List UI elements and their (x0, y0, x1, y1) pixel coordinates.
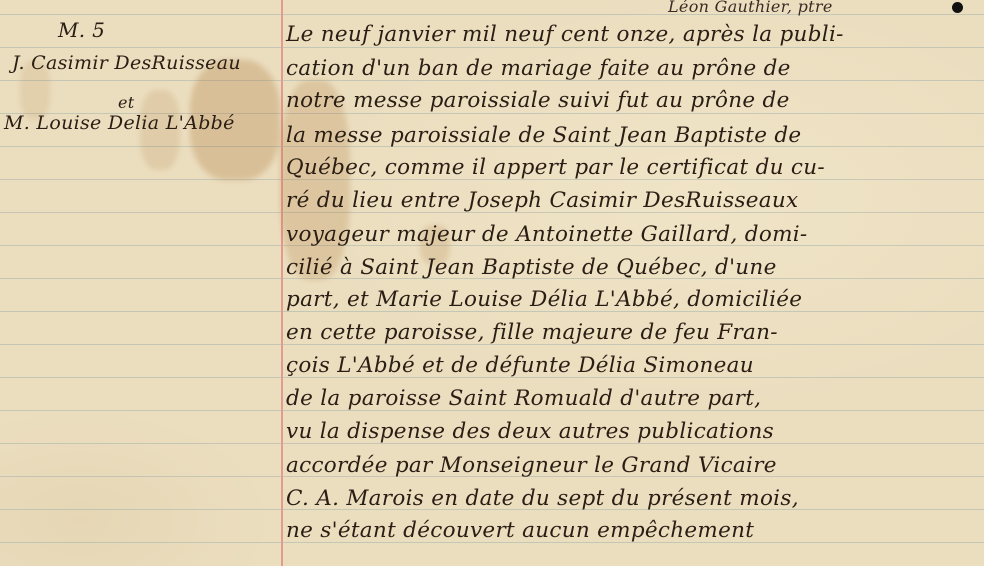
body-line: cilié à Saint Jean Baptiste de Québec, d… (286, 255, 777, 280)
body-line: voyageur majeur de Antoinette Gaillard, … (286, 222, 808, 247)
body-line: Le neuf janvier mil neuf cent onze, aprè… (286, 22, 844, 47)
body-line: ré du lieu entre Joseph Casimir DesRuiss… (286, 188, 799, 213)
entry-number: M. 5 (58, 18, 105, 42)
body-line: de la paroisse Saint Romuald d'autre par… (286, 386, 761, 411)
body-line: la messe paroissiale de Saint Jean Bapti… (286, 123, 801, 148)
body-line: ne s'étant découvert aucun empêchement (286, 518, 754, 543)
body-line: çois L'Abbé et de défunte Délia Simoneau (286, 353, 754, 378)
ink-dot (952, 2, 963, 13)
ruled-line (0, 14, 984, 15)
register-page: Léon Gauthier, ptre M. 5 J. Casimir DesR… (0, 0, 984, 566)
body-line: Québec, comme il appert par le certifica… (286, 155, 825, 180)
ruled-line (0, 47, 984, 48)
body-line: vu la dispense des deux autres publicati… (286, 419, 774, 444)
margin-conjunction: et (118, 93, 135, 112)
body-line: en cette paroisse, fille majeure de feu … (286, 320, 778, 345)
margin-bride-name: M. Louise Delia L'Abbé (4, 112, 235, 134)
priest-signature: Léon Gauthier, ptre (668, 0, 833, 16)
body-line: part, et Marie Louise Délia L'Abbé, domi… (286, 287, 802, 312)
body-line: accordée par Monseigneur le Grand Vicair… (286, 453, 777, 478)
body-line: cation d'un ban de mariage faite au prôn… (286, 56, 791, 81)
body-line: notre messe paroissiale suivi fut au prô… (286, 88, 790, 113)
body-line: C. A. Marois en date du sept du présent … (286, 486, 799, 511)
margin-groom-name: J. Casimir DesRuisseau (12, 52, 241, 74)
margin-line (281, 0, 283, 566)
